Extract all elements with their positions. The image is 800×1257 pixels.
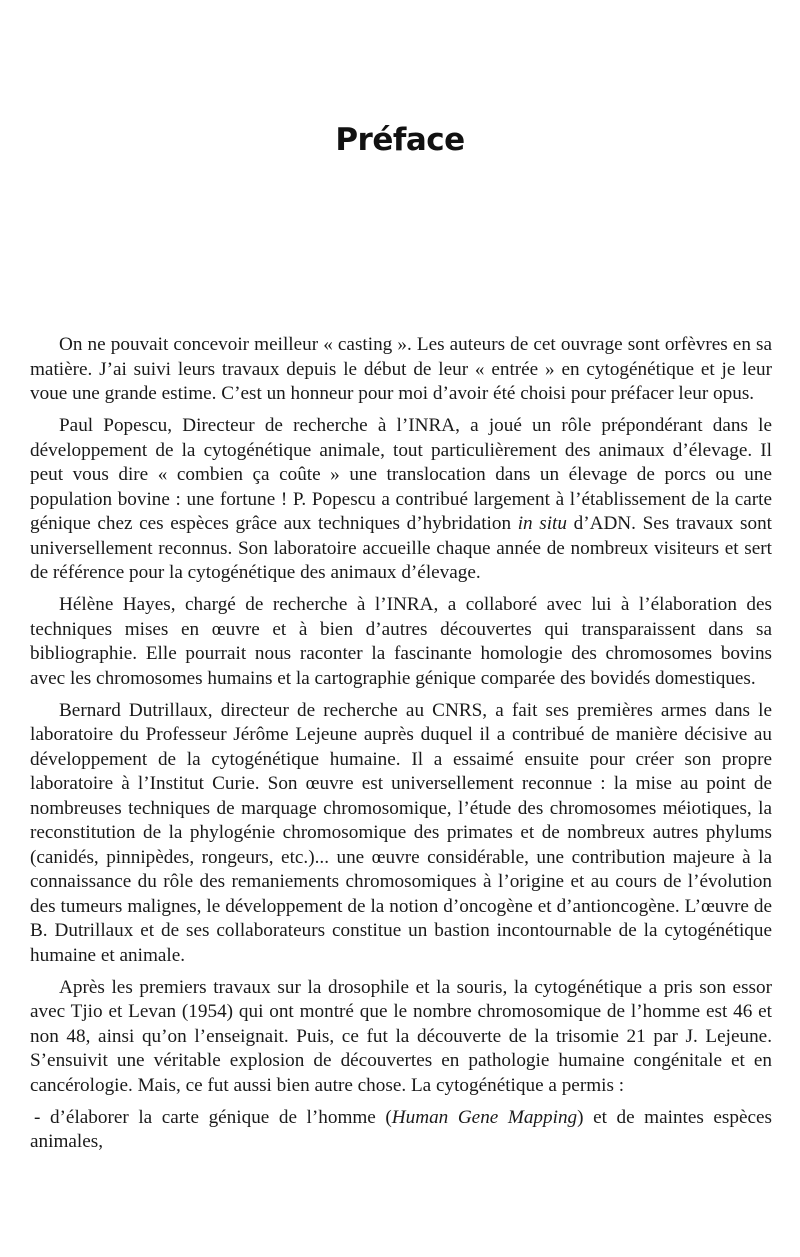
paragraph-popescu: Paul Popescu, Directeur de recherche à l… bbox=[30, 414, 772, 586]
list-item: - d’élaborer la carte génique de l’homme… bbox=[30, 1106, 772, 1155]
page-title: Préface bbox=[0, 122, 800, 158]
paragraph-dutrillaux: Bernard Dutrillaux, directeur de recherc… bbox=[30, 699, 772, 969]
list-item-text: - d’élaborer la carte génique de l’homme… bbox=[34, 1107, 392, 1128]
paragraph-casting: On ne pouvait concevoir meilleur « casti… bbox=[30, 333, 772, 407]
italic-term: in situ bbox=[518, 513, 567, 534]
document-page: Préface On ne pouvait concevoir meilleur… bbox=[0, 0, 800, 1257]
italic-term: Human Gene Mapping bbox=[392, 1107, 577, 1128]
preface-body: On ne pouvait concevoir meilleur « casti… bbox=[30, 333, 772, 1155]
paragraph-hayes: Hélène Hayes, chargé de recherche à l’IN… bbox=[30, 593, 772, 691]
paragraph-history: Après les premiers travaux sur la drosop… bbox=[30, 976, 772, 1099]
